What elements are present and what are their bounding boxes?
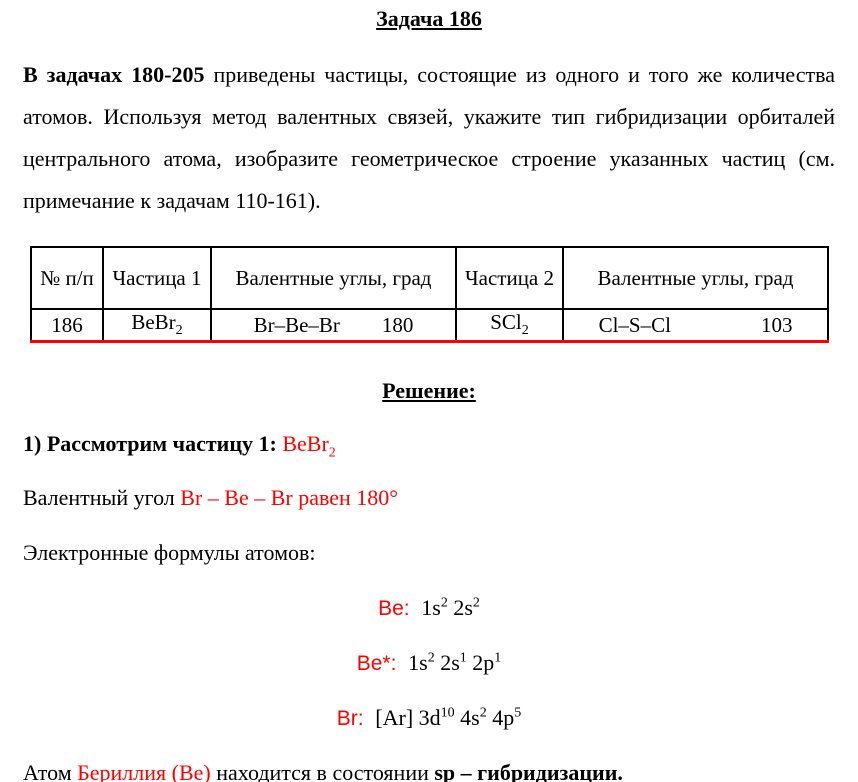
task-range: В задачах 180-205 (23, 62, 204, 87)
task-title: Задача 186 (0, 6, 858, 32)
cell-particle1: BeBr2 (103, 309, 211, 341)
step-1: 1) Рассмотрим частицу 1: BeBr2 (23, 431, 336, 461)
table-row: 186 BeBr2 Br–Be–Br180 SCl2 Cl–S–Cl103 (31, 309, 828, 341)
cell-angle2: Cl–S–Cl103 (563, 309, 828, 341)
cell-num: 186 (31, 309, 103, 341)
formula-be: Be: 1s2 2s2 (0, 595, 858, 621)
element-label: Be*: (357, 652, 408, 675)
cell-angle1: Br–Be–Br180 (211, 309, 456, 341)
element-label: Be: (378, 597, 421, 620)
valence-angle-line: Валентный угол Br – Be – Br равен 180° (23, 485, 398, 511)
header-num: № п/п (31, 247, 103, 309)
solution-heading: Решение: (0, 378, 858, 404)
electron-formulas-label: Электронные формулы атомов: (23, 540, 316, 566)
step-1-particle: BeBr2 (282, 431, 335, 456)
cell-particle2: SCl2 (456, 309, 563, 341)
table-header-row: № п/п Частица 1 Валентные углы, град Час… (31, 247, 828, 309)
conclusion: Атом Бериллия (Be) находится в состоянии… (23, 760, 623, 782)
header-angles2: Валентные углы, град (563, 247, 828, 309)
header-particle2: Частица 2 (456, 247, 563, 309)
red-underline-divider (30, 340, 829, 343)
formula-br: Br: [Ar] 3d10 4s2 4p5 (0, 705, 858, 731)
element-label: Br: (337, 707, 376, 730)
task-table: № п/п Частица 1 Валентные углы, град Час… (30, 246, 829, 342)
task-description: В задачах 180-205 приведены частицы, сос… (23, 54, 835, 222)
formula-be-excited: Be*: 1s2 2s1 2p1 (0, 650, 858, 676)
header-particle1: Частица 1 (103, 247, 211, 309)
header-angles1: Валентные углы, град (211, 247, 456, 309)
